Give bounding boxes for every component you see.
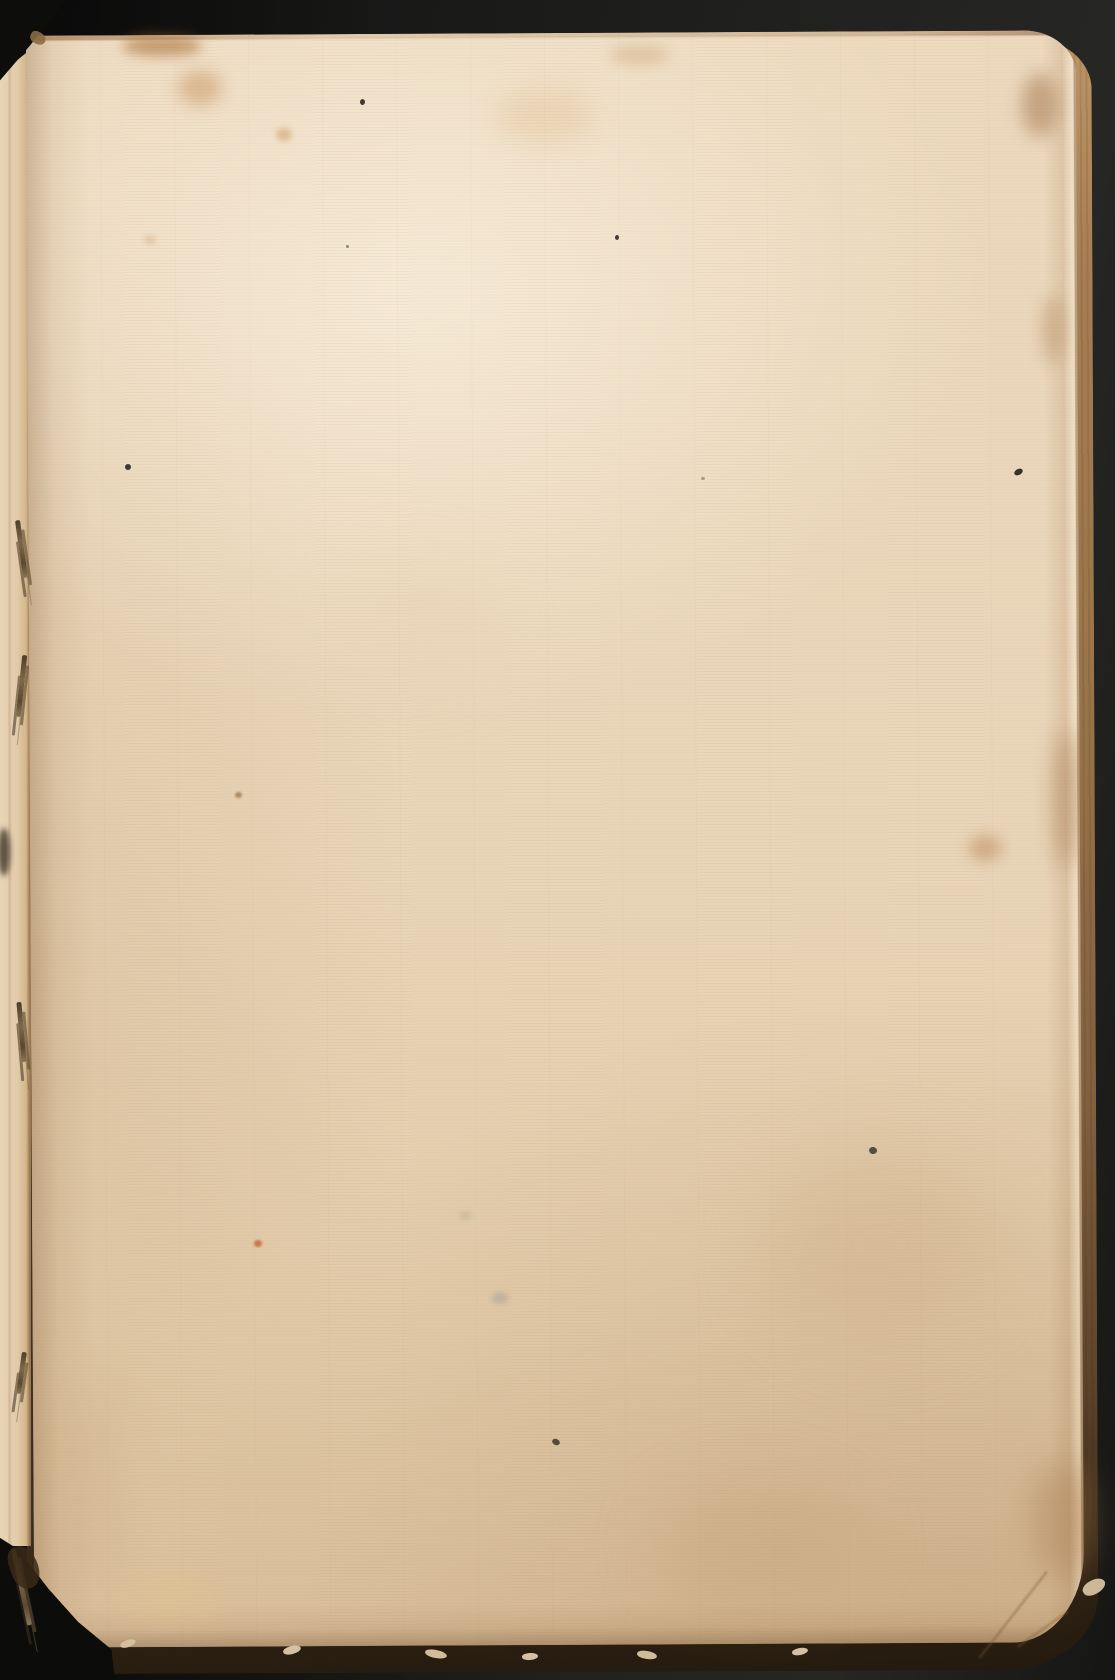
fold-debris [28, 29, 48, 47]
gutter-stitch-thread [15, 520, 28, 578]
fold-debris [4, 1542, 44, 1592]
paper-tuft [791, 1646, 808, 1656]
paper-tuft [424, 1648, 447, 1660]
paper-tuft [522, 1652, 539, 1660]
gutter-stitch-thread [16, 1002, 26, 1062]
gutter-stitch-thread [16, 1352, 27, 1394]
paper-tuft [119, 1637, 136, 1649]
paper-tuft [282, 1644, 301, 1656]
corner-crease [978, 1571, 1047, 1659]
corner-crease [1017, 1610, 1069, 1647]
book-photo [0, 0, 1115, 1680]
binding-layer [0, 0, 1115, 1680]
paper-tuft [1080, 1575, 1108, 1599]
gutter-stitch-thread [16, 655, 27, 717]
paper-tuft [637, 1650, 658, 1661]
